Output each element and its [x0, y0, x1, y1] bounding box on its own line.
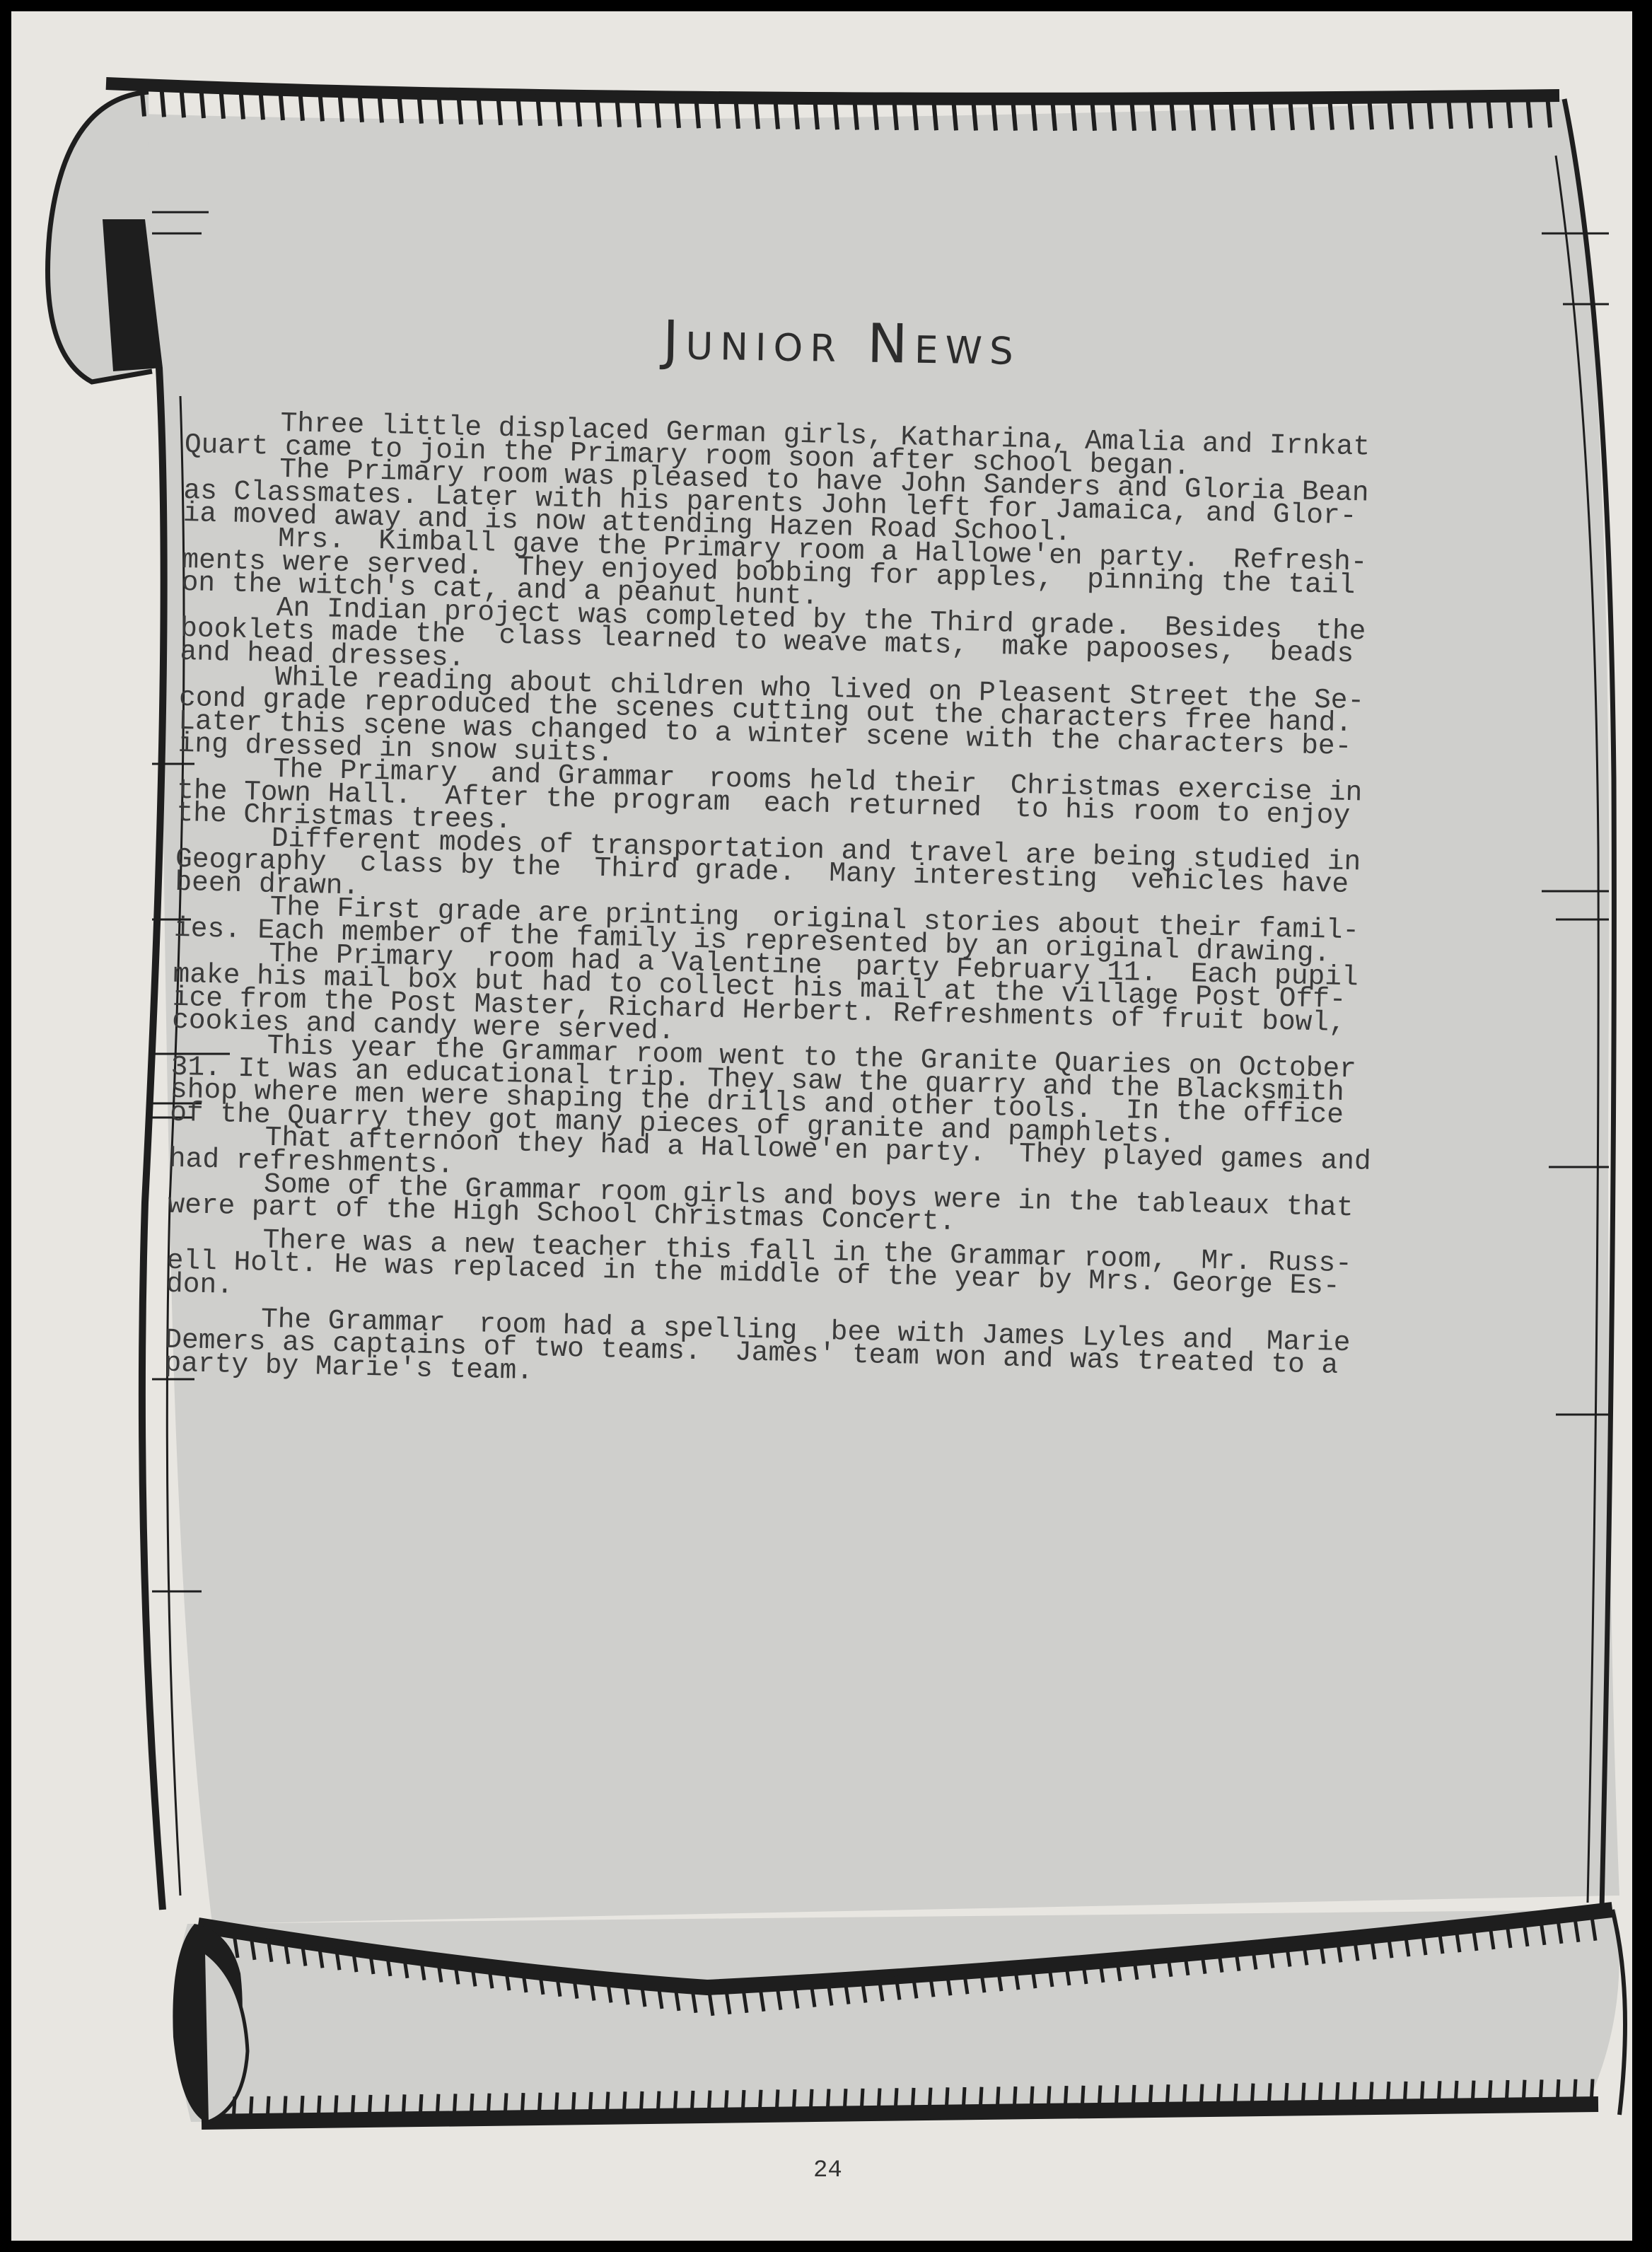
- page-title: Junior News: [607, 308, 1075, 378]
- article-body: Three little displaced German girls, Kat…: [164, 410, 1500, 1404]
- scroll-top-edge: [106, 83, 1559, 99]
- page-number: 24: [813, 2157, 842, 2184]
- scroll-left-edge: [142, 368, 164, 1910]
